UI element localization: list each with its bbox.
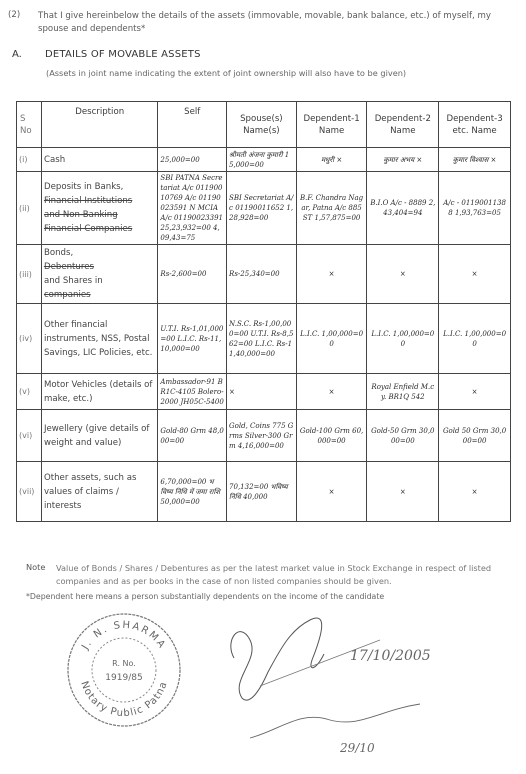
description-line: Financial Institutions (44, 194, 155, 208)
svg-text:17/10/2005: 17/10/2005 (350, 648, 431, 664)
row-sno: (vi) (17, 410, 42, 462)
row-sno: (iii) (17, 245, 42, 304)
description-line: companies (44, 288, 155, 302)
svg-text:1919/85: 1919/85 (105, 673, 142, 683)
description-line: Deposits in Banks, (44, 180, 155, 194)
svg-text:Notary Public Patna: Notary Public Patna (78, 680, 169, 719)
cell-dep1: Gold-100 Grm 60,000=00 (296, 410, 367, 462)
cell-dep2: Royal Enfield M.cy. BR1Q 542 (367, 374, 439, 410)
row-sno: (v) (17, 374, 42, 410)
cell-self: 6,70,000=00 भविष्य निधि में जमा राशि 50,… (158, 462, 227, 522)
section-letter: A. (12, 49, 22, 60)
cell-spouse: × (227, 374, 297, 410)
header-dependent-2: Dependent-2 Name (367, 102, 439, 148)
svg-text:29/10: 29/10 (339, 741, 375, 755)
section-subtitle: (Assets in joint name indicating the ext… (46, 68, 406, 78)
cell-dep3: × (439, 374, 511, 410)
table-header-row: S No Description Self Spouse(s) Name(s) … (17, 102, 511, 148)
cell-spouse: श्रीमती अंजना कुमारी 15,000=00 (227, 148, 297, 172)
header-dependent-1: Dependent-1 Name (296, 102, 367, 148)
cell-dep3: L.I.C. 1,00,000=00 (439, 304, 511, 374)
note-label: Note (26, 562, 45, 572)
header-self: Self (158, 102, 227, 148)
candidate-signature: 17/10/2005 29/10 (220, 600, 440, 760)
row-description: Cash (41, 148, 157, 172)
header-sno: S No (17, 102, 42, 148)
row-description: Motor Vehicles (details of make, etc.) (41, 374, 157, 410)
cell-spouse: SBI Secretariat A/c 01190011652 1,28,928… (227, 172, 297, 245)
cell-spouse: 70,132=00 भविष्य निधि 40,000 (227, 462, 297, 522)
row-sno: (iv) (17, 304, 42, 374)
description-line: Bonds, (44, 246, 155, 260)
description-line: and Non-Banking (44, 208, 155, 222)
section-title: DETAILS OF MOVABLE ASSETS (45, 49, 201, 60)
cell-spouse: Rs-25,340=00 (227, 245, 297, 304)
row-sno: (i) (17, 148, 42, 172)
cell-dep2: × (367, 245, 439, 304)
cell-dep1: × (296, 374, 367, 410)
cell-self: Gold-80 Grm 48,000=00 (158, 410, 227, 462)
cell-dep3: × (439, 462, 511, 522)
description-line: Debentures (44, 260, 155, 274)
cell-dep3: Gold 50 Grm 30,000=00 (439, 410, 511, 462)
cell-dep2: × (367, 462, 439, 522)
header-dependent-3: Dependent-3 etc. Name (439, 102, 511, 148)
cell-self: SBI PATNA Secretariat A/c 01190010769 A/… (158, 172, 227, 245)
table-row: (v)Motor Vehicles (details of make, etc.… (17, 374, 511, 410)
cell-dep1: मधुरी × (296, 148, 367, 172)
cell-dep1: L.I.C. 1,00,000=00 (296, 304, 367, 374)
cell-self: 25,000=00 (158, 148, 227, 172)
cell-dep3: × (439, 245, 511, 304)
description-line: Financial Companies (44, 222, 155, 236)
row-sno: (vii) (17, 462, 42, 522)
cell-spouse: Gold, Coins 775 Grms Silver-300 Grm 4,16… (227, 410, 297, 462)
table-row: (vii)Other assets, such as values of cla… (17, 462, 511, 522)
cell-dep1: × (296, 462, 367, 522)
intro-number: (2) (8, 10, 20, 20)
cell-self: Ambassador-91 BR1C-4105 Bolero-2000 JH05… (158, 374, 227, 410)
svg-text:J. N. SHARMA: J. N. SHARMA (80, 620, 168, 653)
svg-text:R. No.: R. No. (112, 659, 136, 668)
row-description: Bonds,Debenturesand Shares incompanies (41, 245, 157, 304)
row-description: Other financial instruments, NSS, Postal… (41, 304, 157, 374)
intro-text: That I give hereinbelow the details of t… (38, 10, 518, 36)
cell-dep3: A/c - 01190011388 1,93,763=05 (439, 172, 511, 245)
cell-dep2: B.I.O A/c - 8889 2,43,404=94 (367, 172, 439, 245)
cell-dep1: B.F. Chandra Nagar, Patna A/c 885 ST 1,5… (296, 172, 367, 245)
table-row: (vi)Jewellery (give details of weight an… (17, 410, 511, 462)
row-description: Deposits in Banks,Financial Institutions… (41, 172, 157, 245)
cell-dep2: कुमार अभय × (367, 148, 439, 172)
header-description: Description (41, 102, 157, 148)
cell-dep3: कुमार विश्वास × (439, 148, 511, 172)
header-spouse: Spouse(s) Name(s) (227, 102, 297, 148)
row-description: Jewellery (give details of weight and va… (41, 410, 157, 462)
cell-self: U.T.I. Rs-1,01,000=00 L.I.C. Rs-11,10,00… (158, 304, 227, 374)
table-row: (iii)Bonds,Debenturesand Shares incompan… (17, 245, 511, 304)
cell-spouse: N.S.C. Rs-1,00,000=00 U.T.I. Rs-8,562=00… (227, 304, 297, 374)
cell-dep2: L.I.C. 1,00,000=00 (367, 304, 439, 374)
description-line: and Shares in (44, 274, 155, 288)
table-row: (iv)Other financial instruments, NSS, Po… (17, 304, 511, 374)
cell-dep2: Gold-50 Grm 30,000=00 (367, 410, 439, 462)
row-sno: (ii) (17, 172, 42, 245)
table-row: (ii)Deposits in Banks,Financial Institut… (17, 172, 511, 245)
cell-self: Rs-2,600=00 (158, 245, 227, 304)
row-description: Other assets, such as values of claims /… (41, 462, 157, 522)
table-row: (i)Cash25,000=00श्रीमती अंजना कुमारी 15,… (17, 148, 511, 172)
note-text: Value of Bonds / Shares / Debentures as … (56, 562, 516, 588)
movable-assets-table: S No Description Self Spouse(s) Name(s) … (16, 101, 511, 522)
notary-stamp: J. N. SHARMA Notary Public Patna R. No. … (64, 610, 184, 730)
cell-dep1: × (296, 245, 367, 304)
